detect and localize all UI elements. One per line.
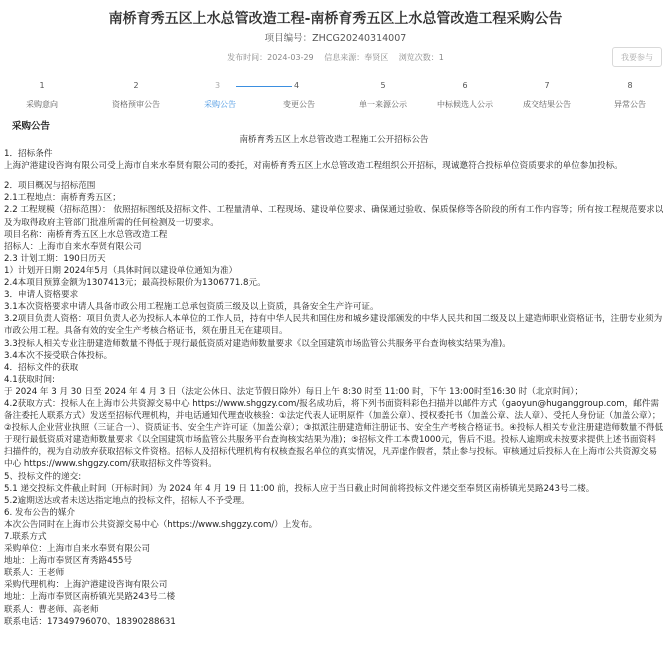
doc-line: 地址：上海市奉贤区育秀路455号 bbox=[4, 555, 664, 567]
doc-line: 本次公告同时在上海市公共资源交易中心（https://www.shggzy.co… bbox=[4, 519, 664, 531]
doc-line: 6. 发布公告的媒介 bbox=[4, 507, 664, 519]
doc-line: 5、投标文件的递交: bbox=[4, 471, 664, 483]
doc-line: 4.1获取时间: bbox=[4, 374, 664, 386]
step-number: 7 bbox=[502, 80, 592, 92]
doc-line: 3.4本次不接受联合体投标。 bbox=[4, 350, 664, 362]
doc-line: 联系人：王老师 bbox=[4, 567, 664, 579]
doc-line: 4．招标文件的获取 bbox=[4, 362, 664, 374]
doc-line: 1）计划开日期 2024年5月（具体时间以建设单位通知为准） bbox=[4, 265, 664, 277]
doc-line: 采购代理机构：上海沪港建设咨询有限公司 bbox=[4, 579, 664, 591]
step-number: 4 bbox=[254, 80, 344, 92]
step-6[interactable]: 6 中标候选人公示 bbox=[420, 80, 510, 110]
process-steps: 1 采购意向 2 资格预审公告 3 采购公告 4 变更公告 5 单一来源公示 6… bbox=[0, 80, 671, 112]
view-count: 浏览次数：1 bbox=[399, 53, 444, 62]
doc-line: 采购单位：上海市自来水奉贤有限公司 bbox=[4, 543, 664, 555]
spacer bbox=[4, 172, 664, 180]
doc-line: 3.3投标人相关专业注册建造师数量不得低于现行最低资质对建造师数量要求《以全国建… bbox=[4, 338, 664, 350]
step-label: 单一来源公示 bbox=[338, 99, 428, 110]
step-label: 资格预审公告 bbox=[91, 99, 181, 110]
doc-line: 联系电话：17349796070、18390288631 bbox=[4, 616, 664, 628]
doc-line: 2.4本项目预算金额为1307413元；最高投标限价为1306771.8元。 bbox=[4, 277, 664, 289]
doc-line: 地址：上海市奉贤区南桥镇光昊路243号二楼 bbox=[4, 591, 664, 603]
step-8[interactable]: 8 异常公告 bbox=[585, 80, 671, 110]
step-2[interactable]: 2 资格预审公告 bbox=[91, 80, 181, 110]
project-number: 项目编号：ZHCG20240314007 bbox=[0, 30, 671, 44]
step-label: 采购公告 bbox=[175, 99, 265, 110]
doc-line: 2．项目概况与招标范围 bbox=[4, 180, 664, 192]
doc-line: 3．申请人资格要求 bbox=[4, 289, 664, 301]
step-1[interactable]: 1 采购意向 bbox=[0, 80, 87, 110]
doc-line: 1．招标条件 bbox=[4, 148, 664, 160]
step-number: 5 bbox=[338, 80, 428, 92]
step-number: 3 bbox=[175, 80, 265, 92]
doc-line: 3.2项目负责人资格：项目负责人必为投标人本单位的工作人员，持有中华人民共和国住… bbox=[4, 313, 664, 337]
step-label: 异常公告 bbox=[585, 99, 671, 110]
doc-line: 7.联系方式 bbox=[4, 531, 664, 543]
step-label: 中标候选人公示 bbox=[420, 99, 510, 110]
document-heading: 南桥育秀五区上水总管改造工程施工公开招标公告 bbox=[4, 134, 664, 146]
page-title: 南桥育秀五区上水总管改造工程-南桥育秀五区上水总管改造工程采购公告 bbox=[0, 8, 671, 28]
step-5[interactable]: 5 单一来源公示 bbox=[338, 80, 428, 110]
doc-line: 项目名称：南桥育秀五区上水总管改造工程 bbox=[4, 229, 664, 241]
doc-line: 2.3 计划工期：190日历天 bbox=[4, 253, 664, 265]
step-label: 成交结果公告 bbox=[502, 99, 592, 110]
info-source: 信息来源：奉贤区 bbox=[324, 53, 388, 62]
step-number: 6 bbox=[420, 80, 510, 92]
doc-line: 于 2024 年 3 月 30 日至 2024 年 4 月 3 日（法定公休日、… bbox=[4, 386, 664, 398]
doc-line: 2.1工程地点：南桥育秀五区； bbox=[4, 192, 664, 204]
doc-line: 联系人：曹老师、高老师 bbox=[4, 604, 664, 616]
step-label: 变更公告 bbox=[254, 99, 344, 110]
step-4[interactable]: 4 变更公告 bbox=[254, 80, 344, 110]
publish-time: 发布时间：2024-03-29 bbox=[227, 53, 314, 62]
step-3[interactable]: 3 采购公告 bbox=[175, 80, 265, 110]
step-number: 1 bbox=[0, 80, 87, 92]
announcement-body: 南桥育秀五区上水总管改造工程施工公开招标公告 1．招标条件 上海沪港建设咨询有限… bbox=[4, 134, 664, 628]
doc-line: 2.2 工程规模（招标范围）： 依照招标图纸及招标文件、工程量清单、工程现场、建… bbox=[4, 204, 664, 228]
meta-info: 发布时间：2024-03-29 信息来源：奉贤区 浏览次数：1 bbox=[0, 52, 671, 63]
section-title: 采购公告 bbox=[12, 118, 50, 132]
step-7[interactable]: 7 成交结果公告 bbox=[502, 80, 592, 110]
doc-line: 5.1 递交投标文件截止时间（开标时间）为 2024 年 4 月 19 日 11… bbox=[4, 483, 664, 495]
join-button[interactable]: 我要参与 bbox=[612, 47, 662, 67]
doc-line: 3.1本次资格要求申请人具备市政公用工程施工总承包资质三级及以上资质，具备安全生… bbox=[4, 301, 664, 313]
step-number: 2 bbox=[91, 80, 181, 92]
doc-line: 上海沪港建设咨询有限公司受上海市自来水奉贤有限公司的委托，对南桥育秀五区上水总管… bbox=[4, 160, 664, 172]
step-number: 8 bbox=[585, 80, 671, 92]
doc-line: 招标人：上海市自来水奉贤有限公司 bbox=[4, 241, 664, 253]
doc-line: 4.2获取方式：投标人在上海市公共资源交易中心 https://www.shgg… bbox=[4, 398, 664, 471]
doc-line: 5.2逾期送达或者未送达指定地点的投标文件，招标人不予受理。 bbox=[4, 495, 664, 507]
step-label: 采购意向 bbox=[0, 99, 87, 110]
